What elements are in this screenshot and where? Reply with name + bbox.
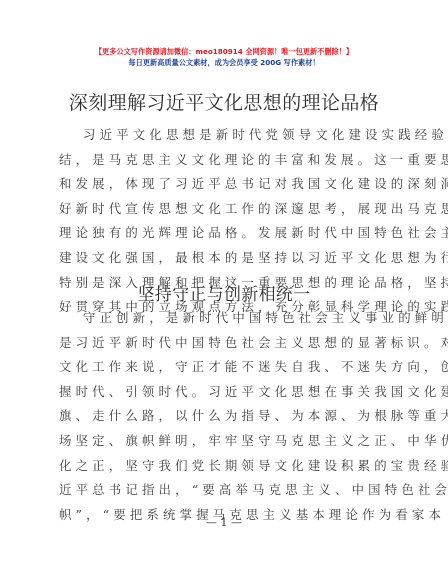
text-line: 旗、走什么路，以什么为指导、为本源、为根脉等重大问题上立 xyxy=(59,404,393,429)
text-line: 理论独有的光辉理论品格。发展新时代中国特色社会主义文化、 xyxy=(59,221,393,246)
document-title: 深刻理解习近平文化思想的理论品格 xyxy=(0,91,448,115)
text-line: 握时代、引领时代。习近平文化思想在事关我国文化建设举什么 xyxy=(59,380,393,405)
text-line: 近平总书记指出，“要高举马克思主义、中国特色社会主义的旗 xyxy=(59,478,393,503)
text-line: 建设文化强国，最根本的是坚持以习近平文化思想为行动指南， xyxy=(59,246,393,271)
text-line: 场坚定、旗帜鲜明，牢牢坚守马克思主义之正、中华优秀传统文 xyxy=(59,429,393,454)
promo-banner-line-1: 【更多公文写作资源请加微信：meo180914 全网资源！唯一包更新不删除！】 xyxy=(0,47,448,57)
text-line: 和发展，体现了习近平总书记对我国文化建设的深刻洞察、对做 xyxy=(59,172,393,197)
text-line: 结，是马克思主义文化理论的丰富和发展。这一重要思想的形成 xyxy=(59,148,393,173)
section-heading: 坚持守正与创新相统一 xyxy=(0,283,448,307)
text-line: 文化工作来说，守正才能不迷失自我、不迷失方向，创新才能把 xyxy=(59,355,393,380)
text-line: 化之正，坚守我们党长期领导文化建设积累的宝贵经验之正。习 xyxy=(59,454,393,479)
promo-banner-line-2: 每日更新高质量公文素材，成为会员享受 200G 写作素材！ xyxy=(0,58,448,68)
text-line: 好新时代宣传思想文化工作的深邃思考，展现出马克思主义科学 xyxy=(59,197,393,222)
text-line: 守正创新，是新时代中国特色社会主义事业的鲜明气象，也 xyxy=(59,306,393,331)
paragraph-section-1: 守正创新，是新时代中国特色社会主义事业的鲜明气象，也 是习近平新时代中国特色社会… xyxy=(59,306,393,527)
text-line: 是习近平新时代中国特色社会主义思想的显著标识。对宣传思想 xyxy=(59,331,393,356)
page-number: — 1 — xyxy=(0,516,448,530)
text-line: 习近平文化思想是新时代党领导文化建设实践经验的理论总 xyxy=(59,123,393,148)
